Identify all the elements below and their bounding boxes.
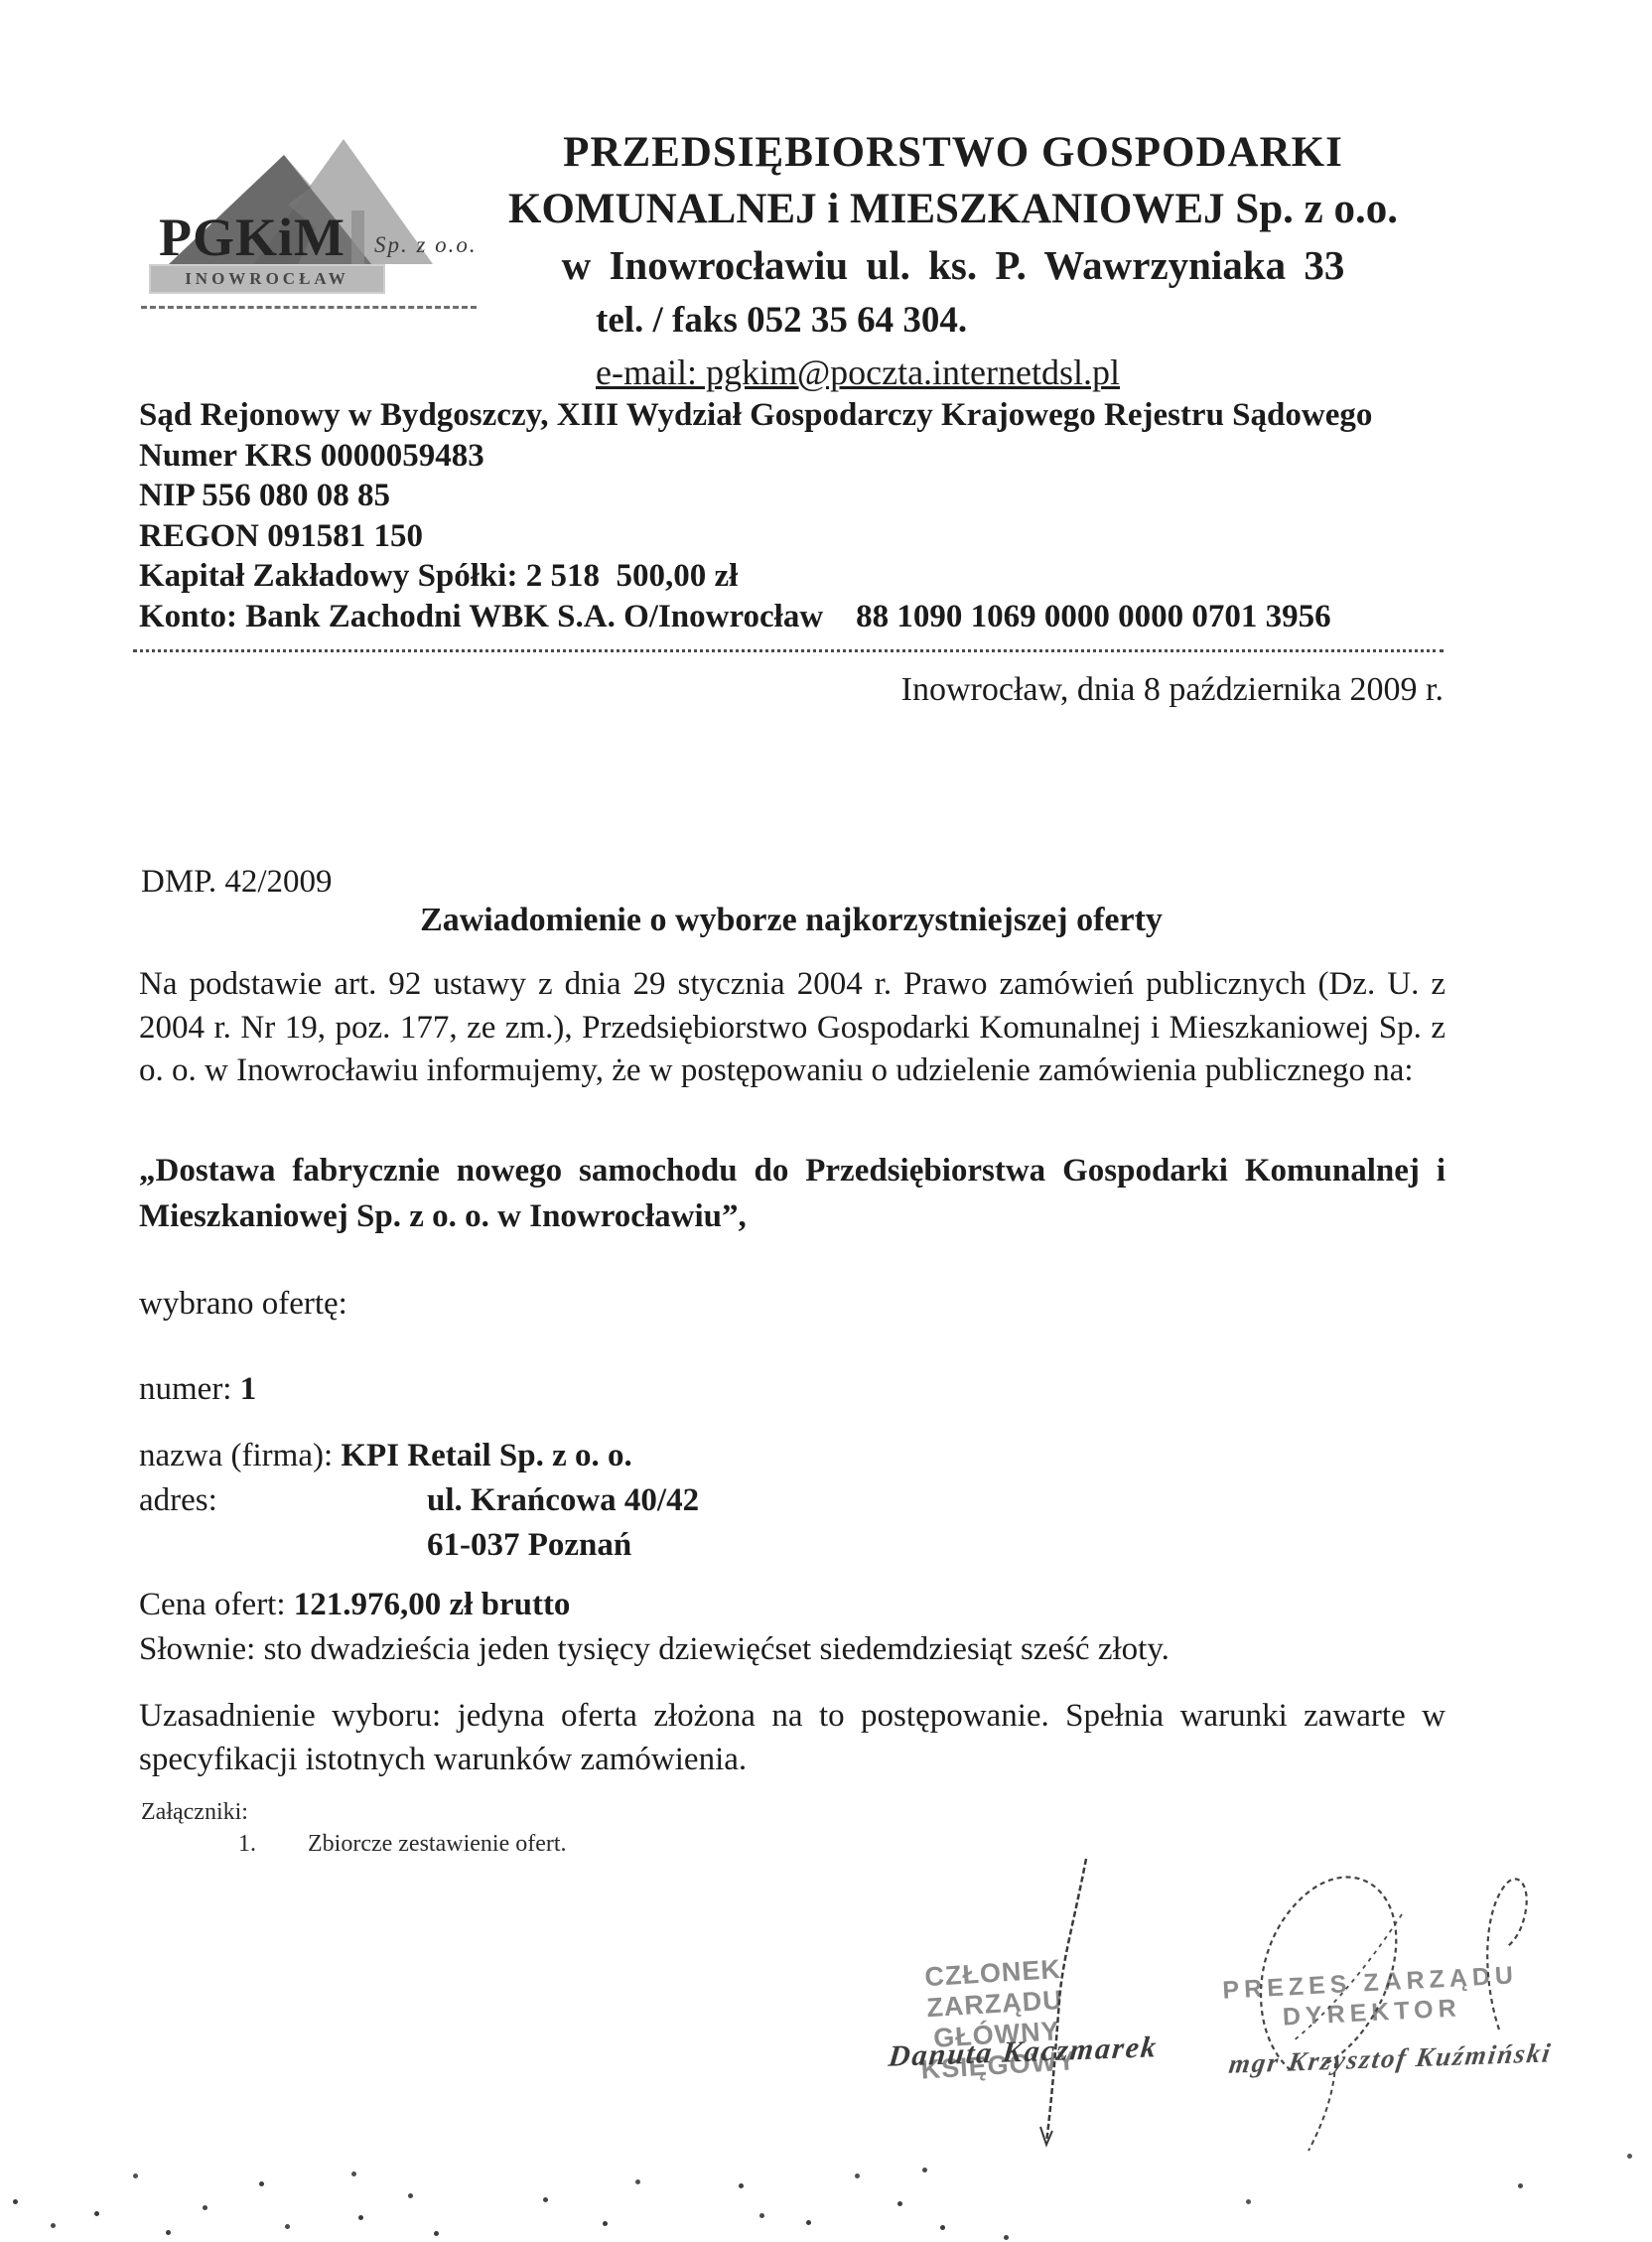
left-pen-stroke-tip bbox=[1040, 2127, 1052, 2145]
scan-noise bbox=[0, 0, 3, 3]
letterhead-company-line2: KOMUNALNEJ i MIESZKANIOWEJ Sp. z o.o. bbox=[417, 184, 1489, 235]
right-handwritten-signature: mgr Krzysztof Kuźmiński bbox=[1227, 2037, 1554, 2080]
registry-krs-line: Numer KRS 0000059483 bbox=[139, 436, 1465, 477]
document-title: Zawiadomienie o wyborze najkorzystniejsz… bbox=[139, 902, 1444, 939]
attachment-item-number: 1. bbox=[238, 1831, 256, 1858]
letterhead-company-line1: PRZEDSIĘBIORSTWO GOSPODARKI bbox=[417, 127, 1489, 179]
place-date-line: Inowrocław, dnia 8 października 2009 r. bbox=[139, 671, 1444, 709]
price-label: Cena ofert: bbox=[139, 1587, 286, 1622]
registry-bank-line: Konto: Bank Zachodni WBK S.A. O/Inowrocł… bbox=[139, 597, 1465, 637]
offer-company-line: nazwa (firma): KPI Retail Sp. z o. o. bbox=[139, 1438, 632, 1474]
price-value: 121.976,00 zł brutto bbox=[294, 1587, 571, 1622]
letterhead-phone: tel. / faks 052 35 64 304. bbox=[596, 298, 1489, 344]
registry-regon-line: REGON 091581 150 bbox=[139, 516, 1465, 557]
offer-company-label: nazwa (firma): bbox=[139, 1438, 333, 1473]
registry-capital-line: Kapitał Zakładowy Spółki: 2 518 500,00 z… bbox=[139, 556, 1465, 597]
letterhead-address: w Inowrocławiu ul. ks. P. Wawrzyniaka 33 bbox=[417, 240, 1489, 290]
offer-address-city: 61-037 Poznań bbox=[427, 1527, 631, 1564]
price-line: Cena ofert: 121.976,00 zł brutto bbox=[139, 1587, 570, 1623]
logo-city-band: INOWROCŁAW bbox=[149, 264, 385, 294]
offer-address-label: adres: bbox=[139, 1482, 217, 1519]
reference-number: DMP. 42/2009 bbox=[141, 864, 333, 901]
attachment-item: 1. Zbiorcze zestawienie ofert. bbox=[238, 1831, 567, 1858]
offer-number-value: 1 bbox=[240, 1371, 257, 1407]
offer-company-value: KPI Retail Sp. z o. o. bbox=[341, 1438, 631, 1473]
price-in-words: Słownie: sto dwadzieścia jeden tysięcy d… bbox=[139, 1631, 1170, 1668]
logo-city: INOWROCŁAW bbox=[185, 269, 349, 289]
registry-court-line: Sąd Rejonowy w Bydgoszczy, XIII Wydział … bbox=[139, 395, 1465, 436]
logo-divider-bar bbox=[351, 210, 364, 264]
chosen-offer-label: wybrano ofertę: bbox=[139, 1286, 347, 1323]
letterhead-email: e-mail: pgkim@poczta.internetdsl.pl bbox=[596, 350, 1489, 395]
offer-number-label: numer: bbox=[139, 1371, 231, 1407]
offer-number-line: numer: 1 bbox=[139, 1371, 256, 1408]
justification-paragraph: Uzasadnienie wyboru: jedyna oferta złożo… bbox=[139, 1695, 1445, 1781]
attachments-label: Załączniki: bbox=[141, 1799, 248, 1826]
contract-subject: „Dostawa fabrycznie nowego samochodu do … bbox=[139, 1148, 1445, 1239]
logo-acronym: PGKiM bbox=[159, 210, 345, 264]
registry-block: Sąd Rejonowy w Bydgoszczy, XIII Wydział … bbox=[139, 395, 1465, 636]
scanned-letter-page: PGKiM Sp. z o.o. INOWROCŁAW PRZEDSIĘBIOR… bbox=[0, 0, 1652, 2242]
letterhead: PRZEDSIĘBIORSTWO GOSPODARKI KOMUNALNEJ i… bbox=[417, 127, 1489, 395]
attachment-item-text: Zbiorcze zestawienie ofert. bbox=[308, 1831, 567, 1858]
intro-paragraph: Na podstawie art. 92 ustawy z dnia 29 st… bbox=[139, 963, 1445, 1093]
registry-nip-line: NIP 556 080 08 85 bbox=[139, 476, 1465, 516]
dotted-separator bbox=[133, 649, 1444, 652]
offer-address-street: ul. Krańcowa 40/42 bbox=[427, 1482, 699, 1519]
right-signature-stamp: PREZES ZARZĄDU DYREKTOR bbox=[1212, 1960, 1531, 2036]
